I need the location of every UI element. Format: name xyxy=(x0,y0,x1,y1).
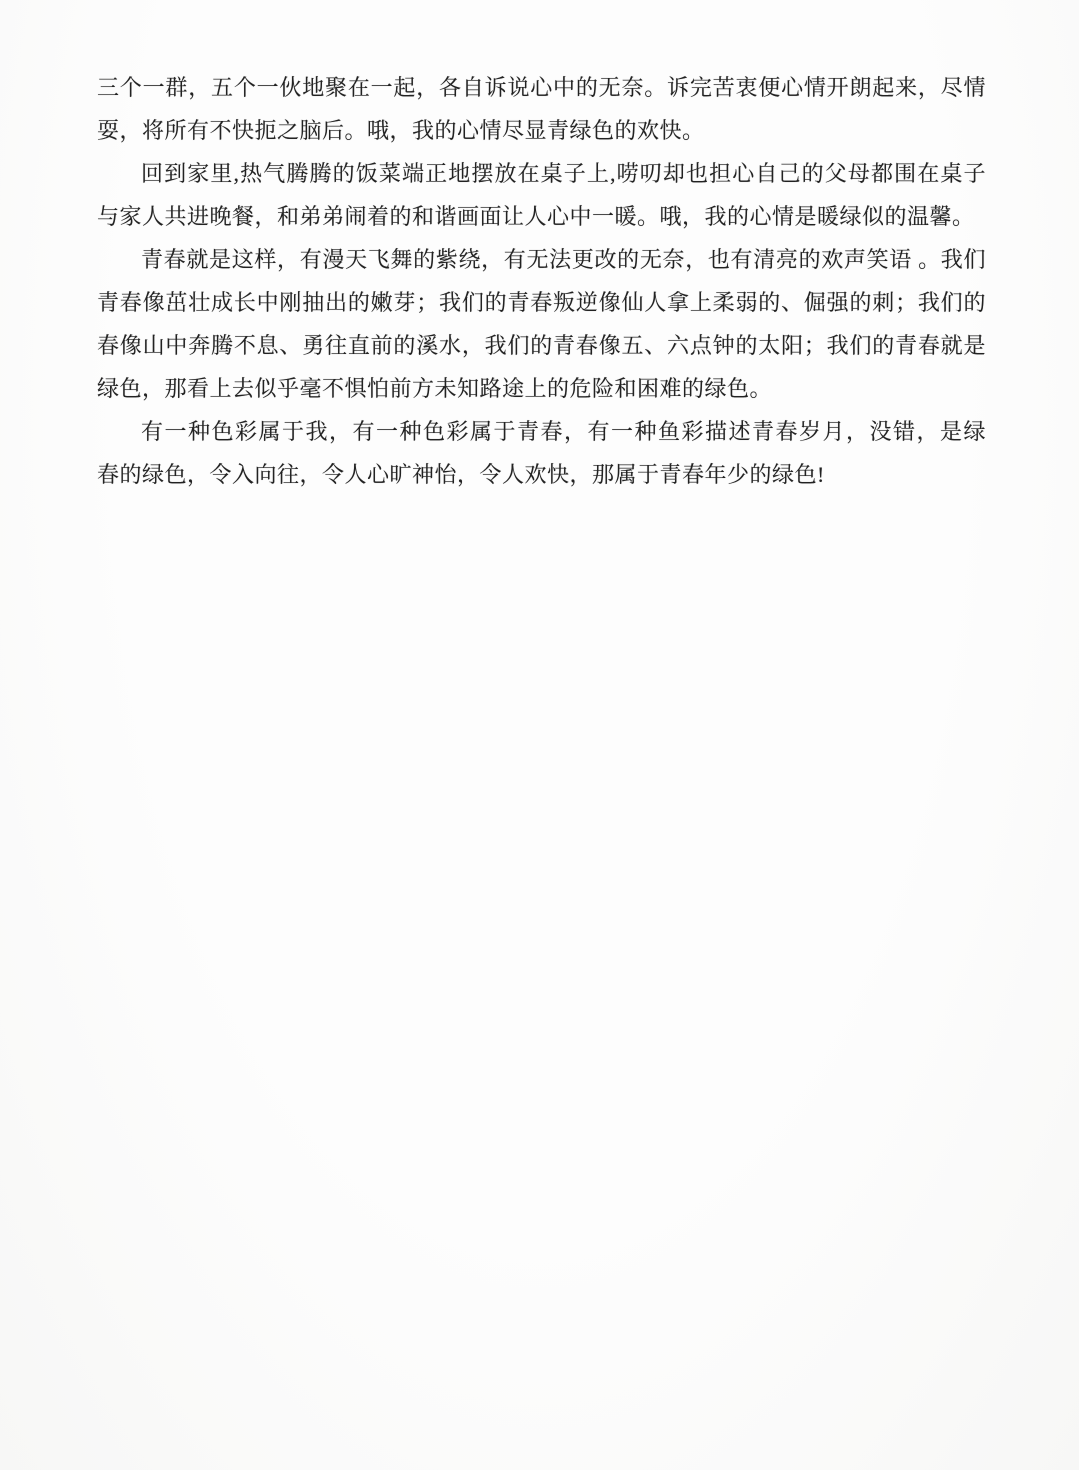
text-line: 耍，将所有不快扼之脑后。哦，我的心情尽显青绿色的欢快。 xyxy=(97,109,986,152)
paragraph: 回到家里,热气腾腾的饭菜端正地摆放在桌子上,唠叨却也担心自己的父母都围在桌子旁，… xyxy=(97,152,986,238)
paragraph: 三个一群，五个一伙地聚在一起，各自诉说心中的无奈。诉完苦衷便心情开朗起来，尽情玩… xyxy=(97,66,986,152)
text-line: 三个一群，五个一伙地聚在一起，各自诉说心中的无奈。诉完苦衷便心情开朗起来，尽情玩 xyxy=(97,66,986,109)
text-line: 绿色，那看上去似乎毫不惧怕前方未知路途上的危险和困难的绿色。 xyxy=(97,367,986,410)
text-line: 有一种色彩属于我，有一种色彩属于青春，有一种鱼彩描述青春岁月，没错，是绿色，青 xyxy=(97,410,986,453)
document-content: 三个一群，五个一伙地聚在一起，各自诉说心中的无奈。诉完苦衷便心情开朗起来，尽情玩… xyxy=(97,66,986,496)
paragraph: 青春就是这样，有漫天飞舞的紫绕，有无法更改的无奈，也有清亮的欢声笑语 。我们的青… xyxy=(97,238,986,410)
paragraph: 有一种色彩属于我，有一种色彩属于青春，有一种鱼彩描述青春岁月，没错，是绿色，青春… xyxy=(97,410,986,496)
document-page: 三个一群，五个一伙地聚在一起，各自诉说心中的无奈。诉完苦衷便心情开朗起来，尽情玩… xyxy=(0,0,1079,1470)
text-line: 青春像茁壮成长中刚抽出的嫩芽；我们的青春叛逆像仙人拿上柔弱的、倔强的刺；我们的青 xyxy=(97,281,986,324)
text-line: 回到家里,热气腾腾的饭菜端正地摆放在桌子上,唠叨却也担心自己的父母都围在桌子旁， xyxy=(97,152,986,195)
text-line: 春像山中奔腾不息、勇往直前的溪水，我们的青春像五、六点钟的太阳；我们的青春就是那 xyxy=(97,324,986,367)
text-line: 与家人共进晚餐，和弟弟闹着的和谐画面让人心中一暖。哦，我的心情是暖绿似的温馨。 xyxy=(97,195,986,238)
text-line: 春的绿色，令入向往，令人心旷神怡，令人欢快，那属于青春年少的绿色! xyxy=(97,453,986,496)
text-line: 青春就是这样，有漫天飞舞的紫绕，有无法更改的无奈，也有清亮的欢声笑语 。我们的 xyxy=(97,238,986,281)
